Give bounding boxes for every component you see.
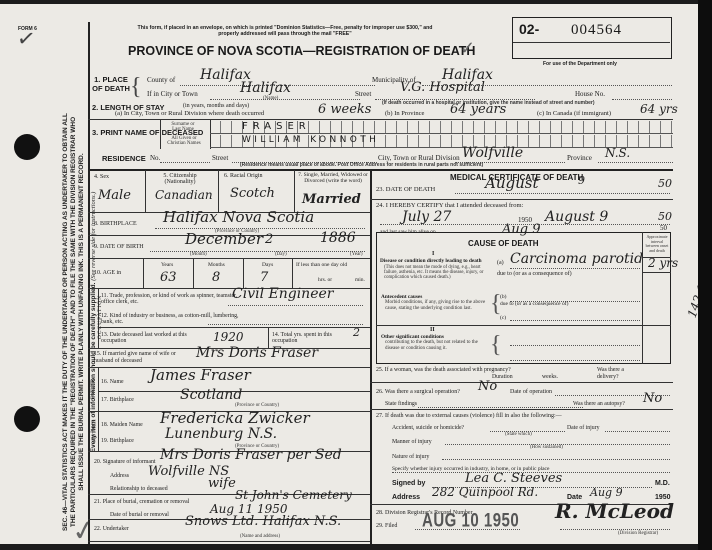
hline xyxy=(376,325,671,326)
cause-a-value: Carcinoma parotid xyxy=(510,251,643,267)
citizenship-label: 5. Citizenship (Nationality) xyxy=(150,173,210,185)
label: RESIDENCE xyxy=(102,154,146,163)
city-hint: (Name) xyxy=(263,96,278,101)
months-label: Months xyxy=(208,262,225,268)
dob-label: 9. DATE OF BIRTH xyxy=(94,244,144,250)
dline xyxy=(560,529,670,530)
dline xyxy=(228,305,363,306)
checkmark-icon: ✓ xyxy=(460,38,475,59)
dline xyxy=(605,431,670,432)
dline xyxy=(598,162,673,163)
last-worked-value: 1920 xyxy=(213,330,244,344)
registrar-signature: R. McLeod xyxy=(555,499,674,523)
day-hint: (Day) xyxy=(275,252,287,257)
op-date-label: Date of operation xyxy=(510,389,552,395)
undertaker-label: 22. Undertaker xyxy=(94,526,129,532)
scan-border xyxy=(698,0,712,550)
hline xyxy=(642,272,671,273)
last-saw-year: 50 xyxy=(660,224,667,232)
due-to: due to (or as a consequence of) xyxy=(500,301,568,307)
registration-prefix: 02- xyxy=(519,21,539,37)
c-label: (c) xyxy=(500,315,506,321)
street-label: Street xyxy=(212,154,228,162)
relationship-label: Relationship to deceased xyxy=(110,486,168,492)
vline xyxy=(143,258,144,288)
city-value: Halifax xyxy=(240,80,291,96)
father-birth-label: 17. Birthplace xyxy=(101,397,134,403)
dob-month-value: December xyxy=(185,230,263,248)
hrs-label: hrs. or xyxy=(318,277,332,283)
vline xyxy=(145,170,146,212)
dline xyxy=(210,99,360,100)
b-label: (b) In Province xyxy=(385,110,424,117)
month-hint: (Month) xyxy=(190,252,207,257)
abs: { xyxy=(490,332,502,359)
vline xyxy=(292,258,293,288)
dob-day-value: 2 xyxy=(265,232,273,247)
address-label: Address xyxy=(110,473,129,479)
vline xyxy=(98,367,99,412)
note: (Residence means usual place of abode. P… xyxy=(240,162,483,168)
surgery-label: 26. Was there a surgical operation? xyxy=(376,389,460,395)
spouse-label: 15. If married give name of wife or husb… xyxy=(94,351,194,365)
birthplace-value: Halifax Nova Scotia xyxy=(163,208,314,226)
hline xyxy=(370,382,673,383)
county-label: County of xyxy=(147,76,175,84)
given-name-value: WILLIAM KONNOTH xyxy=(242,135,379,145)
citizenship-value: Canadian xyxy=(155,188,213,202)
punch-hole xyxy=(14,406,40,432)
lbl: (a) xyxy=(497,260,504,266)
punch-hole xyxy=(14,134,40,160)
street-value: V.G. Hospital xyxy=(400,80,485,95)
no-label: No. xyxy=(150,154,160,162)
interval-label: Approximate interval between onset and d… xyxy=(644,235,670,253)
autopsy-label: Was there an autopsy? xyxy=(573,401,625,407)
hline xyxy=(88,258,370,259)
mother-birth-label: 19. Birthplace xyxy=(101,438,134,444)
attended-to-value: August 9 xyxy=(545,209,608,225)
burial-date-label: Date of burial or removal xyxy=(110,512,169,518)
attended-from-value: July 27 xyxy=(402,209,451,225)
province-hint: (Province or Country) xyxy=(235,403,279,408)
given-label: All Given or Christian Names xyxy=(164,136,204,146)
delivery-label: Was there a delivery? xyxy=(597,367,642,381)
death-month-value: August xyxy=(485,174,538,192)
province-label: Province xyxy=(567,154,592,162)
checkmark-icon: ✓ xyxy=(15,25,37,53)
pregnancy-label: 25. If a woman, was the death associated… xyxy=(376,367,516,374)
disease-note: (This does not mean the mode of dying, e… xyxy=(384,265,484,280)
dline xyxy=(150,251,365,252)
dline xyxy=(160,162,210,163)
vline xyxy=(160,119,161,149)
vline2 xyxy=(88,22,90,544)
total-years-value: 2 xyxy=(353,326,360,339)
undertaker-hint: (Name and address) xyxy=(240,534,280,539)
spouse-value: Mrs Doris Fraser xyxy=(196,345,318,361)
relationship-value: wife xyxy=(208,476,236,491)
antecedent-note: Morbid conditions, if any, giving rise t… xyxy=(385,300,490,311)
dline xyxy=(510,345,640,346)
vline xyxy=(218,170,219,212)
dline xyxy=(415,529,520,530)
weeks-label: weeks. xyxy=(542,374,558,380)
mail-notice: This form, if placed in an envelope, on … xyxy=(135,25,435,37)
death-registration-form: FORM 6 ✓ SEC. 46—VITAL STATISTICS ACT MA… xyxy=(0,4,698,544)
address-label: Address xyxy=(392,494,420,501)
vline xyxy=(294,170,295,212)
min-label: min. xyxy=(355,277,365,283)
accident-label: Accident, suicide or homicide? xyxy=(392,425,464,431)
filed-label: 29. Filed xyxy=(376,523,397,529)
place-of-death-label: 1. PLACE OF DEATH xyxy=(92,75,130,93)
hline xyxy=(370,199,673,200)
stay-province-value: 64 years xyxy=(450,102,506,117)
marital-status-value: Married xyxy=(302,192,361,207)
department-note: For use of the Department only xyxy=(543,61,617,67)
year-hint: (Year) xyxy=(350,252,363,257)
due-to: due to (or as a consequence of) xyxy=(497,271,572,277)
form-title: PROVINCE OF NOVA SCOTIA—REGISTRATION OF … xyxy=(128,44,475,58)
registrar-hint: (Division Registrar) xyxy=(618,531,658,536)
margin-annotation: 142.1 xyxy=(685,282,698,319)
dline xyxy=(155,228,365,229)
hline2 xyxy=(88,169,673,171)
sex-label: 4. Sex xyxy=(94,174,109,180)
other-note: contributing to the death, but not relat… xyxy=(385,340,490,351)
racial-label: 6. Racial Origin xyxy=(224,173,263,179)
external-label: 27. If death was due to external causes … xyxy=(376,413,562,419)
sig-label: 20. Signature of informant xyxy=(94,459,156,465)
age-months-value: 8 xyxy=(212,270,220,285)
mother-name-label: 18. Maiden Name xyxy=(101,422,143,428)
age-days-value: 7 xyxy=(260,270,268,285)
mother-birthplace-value: Lunenburg N.S. xyxy=(165,426,277,442)
vline2 xyxy=(370,170,372,544)
residence-province-value: N.S. xyxy=(605,146,630,160)
death-day-value: 9 xyxy=(578,174,585,187)
dline xyxy=(442,459,670,460)
surgery-value: No xyxy=(478,379,497,394)
stay-canada-value: 64 yrs xyxy=(640,102,678,116)
dline xyxy=(455,193,670,194)
manner-label: Manner of injury xyxy=(392,439,432,445)
years-label: Years xyxy=(161,262,173,268)
physician-signature: Lea C. Steeves xyxy=(465,471,562,486)
age-label: 10. AGE in xyxy=(94,270,121,276)
surname-value: FRASER xyxy=(242,121,311,132)
section-ii: II xyxy=(430,327,435,333)
side-notice: SEC. 46—VITAL STATISTICS ACT MAKES IT TH… xyxy=(62,112,98,532)
house-label: House No. xyxy=(575,90,605,98)
hline xyxy=(98,327,370,328)
physician-address: 282 Quinpool Rd. xyxy=(432,485,538,499)
findings-label: State findings xyxy=(385,401,417,407)
father-name-label: 16. Name xyxy=(101,379,124,385)
injury-date-label: Date of injury xyxy=(567,425,600,431)
hint: (in years, months and days) xyxy=(183,103,249,109)
mother-section: MOTHER xyxy=(92,419,98,442)
city-label: If in City or Town xyxy=(147,90,198,98)
side-notice: SEC. 46—VITAL STATISTICS ACT MAKES IT TH… xyxy=(62,112,86,532)
trade-value: Civil Engineer xyxy=(232,286,333,302)
dline xyxy=(510,268,640,269)
side-note3: (See reverse side for instructions.) xyxy=(90,192,97,281)
certificate-date: Aug 9 xyxy=(590,486,623,499)
days-label: Days xyxy=(262,262,273,268)
hline xyxy=(88,541,370,542)
dline xyxy=(510,360,640,361)
undertaker-value: Snows Ltd. Halifax N.S. xyxy=(185,514,341,529)
dline xyxy=(612,99,672,100)
state-which: (State which) xyxy=(505,432,532,437)
residence-city-value: Wolfville xyxy=(462,145,523,161)
to-year: 50 xyxy=(658,210,672,223)
hline xyxy=(513,42,670,43)
informant-signature-value: Mrs Doris Fraser per Sed xyxy=(160,447,342,463)
interval-a-value: 2 yrs xyxy=(648,256,678,270)
marital-label: 7. Single, Married, Widowed or Divorced … xyxy=(298,173,368,184)
c-label: (c) In Canada (if immigrant) xyxy=(537,110,611,117)
death-year-value: 50 xyxy=(658,177,672,190)
street-label: Street xyxy=(355,90,371,98)
registration-number: 004564 xyxy=(571,22,622,39)
age-years-value: 63 xyxy=(160,270,177,285)
dline xyxy=(510,320,640,321)
cause-title: CAUSE OF DEATH xyxy=(468,239,539,248)
less-label: If less than one day old xyxy=(296,262,347,268)
burial-label: 21. Place of burial, cremation or remova… xyxy=(94,499,189,505)
dob-year-value: 1886 xyxy=(320,230,356,246)
mother-name-value: Fredericka Zwicker xyxy=(160,409,310,427)
abs: { xyxy=(130,74,142,101)
dline xyxy=(418,407,583,408)
nature-label: Nature of injury xyxy=(392,454,429,460)
last-worked-label: 13. Date deceased last worked at this oc… xyxy=(101,332,201,344)
date-label: 23. DATE OF DEATH xyxy=(376,186,435,193)
total-label: 14. Total yrs. spent in this occupation xyxy=(272,332,342,344)
signed-label: Signed by xyxy=(392,480,425,487)
surname-label: Surname or Last Name xyxy=(168,122,198,132)
a-label: (a) In City, Town or Rural Division wher… xyxy=(115,110,264,117)
father-name-value: James Fraser xyxy=(150,366,251,384)
vline xyxy=(193,258,194,288)
city-label: City, Town or Rural Division xyxy=(378,154,460,162)
sex-value: Male xyxy=(98,188,131,203)
vline xyxy=(243,258,244,288)
registration-number-box: 02- 004564 xyxy=(512,17,672,59)
hline xyxy=(88,119,673,120)
disease-label: Disease or condition directly leading to… xyxy=(380,258,482,264)
hline xyxy=(370,409,673,410)
certify-label: 24. I HEREBY CERTIFY that I attended dec… xyxy=(376,202,523,209)
father-section: FATHER xyxy=(90,379,96,399)
birthplace-label: 8. BIRTHPLACE xyxy=(94,221,137,227)
burial-place-value: St John's Cemetery xyxy=(235,488,352,502)
how-sustained: (How sustained) xyxy=(530,445,563,450)
dline xyxy=(208,324,363,325)
b-label: (b) xyxy=(500,294,506,300)
md: M.D. xyxy=(655,480,670,487)
stay-city-value: 6 weeks xyxy=(318,102,371,117)
autopsy-value: No xyxy=(643,391,662,406)
vline xyxy=(98,411,99,451)
father-birthplace-value: Scotland xyxy=(180,387,242,403)
section-i: I xyxy=(432,251,434,257)
trade-label: 11. Trade, profession, or kind of work a… xyxy=(101,293,251,305)
racial-origin-value: Scotch xyxy=(230,186,275,201)
